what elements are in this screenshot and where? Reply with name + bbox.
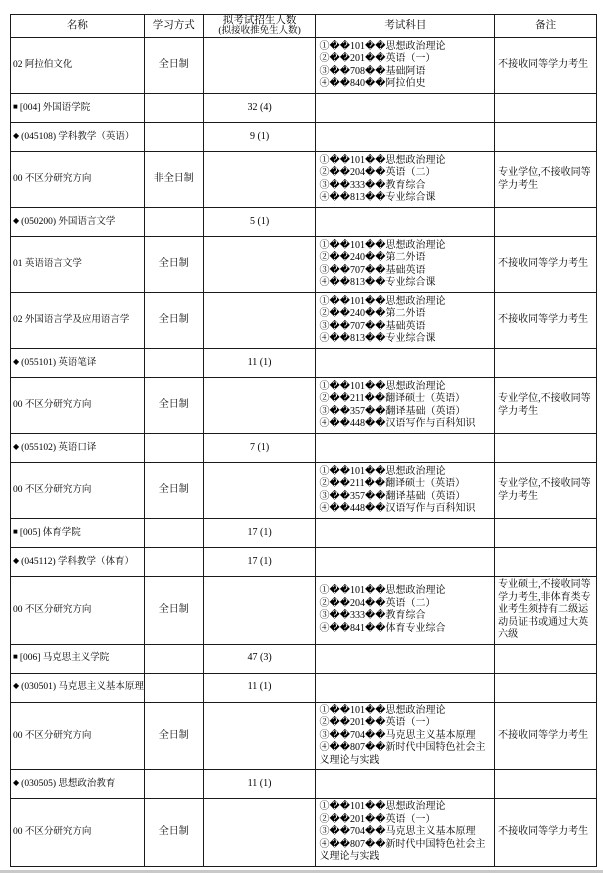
subject-line: ③��333��教育综合: [319, 610, 425, 623]
table-row: 00 不区分研究方向 非全日制 ①��101��思想政治理论②��204��英语…: [11, 152, 597, 208]
cell-subjects: [316, 123, 495, 152]
row-name-text: 00 不区分研究方向: [13, 174, 91, 184]
cell-subjects: ①��101��思想政治理论②��240��第二外语③��707��基础英语④�…: [316, 237, 495, 293]
subject-line: ①��101��思想政治理论: [319, 801, 445, 814]
cell-name: 01 英语语言文学: [11, 237, 145, 293]
table-row: ■[006] 马克思主义学院 47 (3): [11, 645, 597, 674]
subject-line: ④��813��专业综合课: [319, 192, 435, 205]
col-header-quota: 拟考试招生人数 (拟接收推免生人数): [204, 15, 317, 38]
cell-subjects: [316, 349, 495, 378]
cell-subjects: [316, 645, 495, 674]
cell-quota: 5 (1): [204, 208, 317, 237]
cell-quota: [204, 293, 317, 349]
cell-study-mode: 全日制: [145, 577, 204, 645]
cell-quota: 11 (1): [204, 770, 317, 799]
cell-note: [495, 349, 597, 378]
cell-name: ◆(055102) 英语口译: [11, 434, 145, 463]
cell-note: 专业学位,不接收同等学力考生: [495, 378, 597, 434]
cell-study-mode: [145, 349, 204, 378]
cell-subjects: [316, 674, 495, 703]
cell-study-mode: [145, 674, 204, 703]
cell-note: [495, 94, 597, 123]
row-name-text: 02 外国语言学及应用语言学: [13, 315, 129, 325]
table-row: 00 不区分研究方向 全日制 ①��101��思想政治理论②��211��翻译硕…: [11, 378, 597, 434]
cell-name: 00 不区分研究方向: [11, 152, 145, 208]
subject-line: ①��101��思想政治理论: [319, 381, 445, 394]
program-marker-icon: ◆: [13, 442, 19, 451]
row-name-text: (030501) 马克思主义基本原理: [21, 682, 144, 692]
cell-name: 00 不区分研究方向: [11, 378, 145, 434]
cell-quota: 11 (1): [204, 674, 317, 703]
subject-line: ②��204��英语（二）: [319, 167, 435, 180]
cell-subjects: ①��101��思想政治理论②��240��第二外语③��707��基础英语④�…: [316, 293, 495, 349]
col-header-name: 名称: [11, 15, 145, 38]
col-header-study-mode-label: 学习方式: [153, 20, 195, 32]
admissions-table-page: { "colors": { "border": "#1a1a1a", "text…: [0, 0, 603, 873]
table-row: 02 外国语言学及应用语言学 全日制 ①��101��思想政治理论②��240�…: [11, 293, 597, 349]
subject-line: ③��357��翻译基础（英语）: [319, 406, 465, 419]
col-header-subjects: 考试科目: [316, 15, 495, 38]
table-row: 01 英语语言文学 全日制 ①��101��思想政治理论②��240��第二外语…: [11, 237, 597, 293]
table-row: 00 不区分研究方向 全日制 ①��101��思想政治理论②��201��英语（…: [11, 703, 597, 771]
cell-subjects: ①��101��思想政治理论②��211��翻译硕士（英语）③��357��翻译…: [316, 378, 495, 434]
cell-note: 专业硕士,不接收同等学力考生,非体育类专业考生须持有二级运动员证书或通过大英六级: [495, 577, 597, 645]
cell-note: [495, 434, 597, 463]
cell-subjects: ①��101��思想政治理论②��201��英语（一）③��704��马克思主义…: [316, 703, 495, 771]
cell-study-mode: 全日制: [145, 378, 204, 434]
table-row: ◆(055101) 英语笔译 11 (1): [11, 349, 597, 378]
row-name-text: (045112) 学科教学（体育）: [21, 557, 134, 567]
cell-name: 00 不区分研究方向: [11, 703, 145, 771]
cell-study-mode: 全日制: [145, 38, 204, 94]
cell-name: 00 不区分研究方向: [11, 577, 145, 645]
table-row: ◆(030501) 马克思主义基本原理 11 (1): [11, 674, 597, 703]
subject-line: ④��841��体育专业综合: [319, 623, 445, 636]
cell-note: 不接收同等学力考生: [495, 38, 597, 94]
cell-study-mode: 全日制: [145, 237, 204, 293]
cell-name: 02 外国语言学及应用语言学: [11, 293, 145, 349]
subject-line: ②��240��第二外语: [319, 252, 425, 265]
subject-line: ③��333��教育综合: [319, 180, 425, 193]
cell-note: 不接收同等学力考生: [495, 293, 597, 349]
cell-subjects: [316, 94, 495, 123]
row-name-text: 00 不区分研究方向: [13, 827, 91, 837]
subject-line: ①��101��思想政治理论: [319, 296, 445, 309]
col-header-note-label: 备注: [535, 20, 556, 32]
admissions-table: 名称 学习方式 拟考试招生人数 (拟接收推免生人数) 考试科目 备注 02 阿拉…: [10, 14, 597, 867]
cell-note: 不接收同等学力考生: [495, 799, 597, 867]
subject-line: ④��813��专业综合课: [319, 277, 435, 290]
cell-subjects: [316, 434, 495, 463]
col-header-note: 备注: [495, 15, 597, 38]
cell-name: 02 阿拉伯文化: [11, 38, 145, 94]
col-header-quota-line1: 拟考试招生人数: [223, 15, 297, 26]
cell-note: [495, 519, 597, 548]
cell-quota: [204, 237, 317, 293]
col-header-study-mode: 学习方式: [145, 15, 204, 38]
row-name-text: 00 不区分研究方向: [13, 731, 91, 741]
cell-name: 00 不区分研究方向: [11, 799, 145, 867]
cell-quota: [204, 152, 317, 208]
cell-subjects: [316, 519, 495, 548]
cell-note: [495, 674, 597, 703]
subject-line: ③��707��基础英语: [319, 321, 425, 334]
cell-name: ◆(045108) 学科教学（英语）: [11, 123, 145, 152]
row-name-text: [006] 马克思主义学院: [20, 653, 109, 663]
cell-quota: 47 (3): [204, 645, 317, 674]
subject-line: ①��101��思想政治理论: [319, 466, 445, 479]
table-row: ◆(030505) 思想政治教育 11 (1): [11, 770, 597, 799]
cell-subjects: ①��101��思想政治理论②��201��英语（一）③��704��马克思主义…: [316, 799, 495, 867]
cell-quota: 17 (1): [204, 548, 317, 577]
row-name-text: 01 英语语言文学: [13, 259, 82, 269]
subject-line: ④��807��新时代中国特色社会主义理论与实践: [319, 839, 492, 864]
subject-line: ①��101��思想政治理论: [319, 155, 445, 168]
table-row: ■[005] 体育学院 17 (1): [11, 519, 597, 548]
cell-study-mode: [145, 208, 204, 237]
program-marker-icon: ◆: [13, 681, 19, 690]
subject-line: ③��708��基础阿语: [319, 66, 425, 79]
cell-name: ◆(030501) 马克思主义基本原理: [11, 674, 145, 703]
cell-quota: [204, 799, 317, 867]
cell-name: ◆(045112) 学科教学（体育）: [11, 548, 145, 577]
cell-subjects: [316, 770, 495, 799]
row-name-text: 00 不区分研究方向: [13, 605, 91, 615]
subject-line: ③��707��基础英语: [319, 265, 425, 278]
program-marker-icon: ◆: [13, 216, 19, 225]
subject-line: ②��211��翻译硕士（英语）: [319, 478, 465, 491]
table-body: 02 阿拉伯文化 全日制 ①��101��思想政治理论②��201��英语（一）…: [11, 38, 597, 867]
subject-line: ④��448��汉语写作与百科知识: [319, 503, 475, 516]
subject-line: ④��807��新时代中国特色社会主义理论与实践: [319, 742, 492, 767]
program-marker-icon: ◆: [13, 357, 19, 366]
cell-note: 专业学位,不接收同等学力考生: [495, 152, 597, 208]
cell-study-mode: 全日制: [145, 703, 204, 771]
col-header-quota-line2: (拟接收推免生人数): [218, 26, 300, 38]
subject-line: ②��204��英语（二）: [319, 598, 435, 611]
cell-quota: [204, 38, 317, 94]
table-row: ■[004] 外国语学院 32 (4): [11, 94, 597, 123]
cell-subjects: [316, 208, 495, 237]
program-marker-icon: ◆: [13, 556, 19, 565]
table-header-row: 名称 学习方式 拟考试招生人数 (拟接收推免生人数) 考试科目 备注: [11, 15, 597, 38]
program-marker-icon: ◆: [13, 778, 19, 787]
row-name-text: 02 阿拉伯文化: [13, 60, 72, 70]
cell-study-mode: 全日制: [145, 293, 204, 349]
cell-note: 不接收同等学力考生: [495, 703, 597, 771]
subject-line: ②��201��英语（一）: [319, 53, 435, 66]
cell-name: ■[005] 体育学院: [11, 519, 145, 548]
cell-subjects: ①��101��思想政治理论②��201��英语（一）③��708��基础阿语④…: [316, 38, 495, 94]
cell-note: [495, 208, 597, 237]
row-name-text: 00 不区分研究方向: [13, 400, 91, 410]
cell-quota: [204, 378, 317, 434]
table-row: 00 不区分研究方向 全日制 ①��101��思想政治理论②��211��翻译硕…: [11, 463, 597, 519]
college-marker-icon: ■: [13, 652, 18, 661]
program-marker-icon: ◆: [13, 131, 19, 140]
table-row: ◆(045108) 学科教学（英语） 9 (1): [11, 123, 597, 152]
row-name-text: 00 不区分研究方向: [13, 485, 91, 495]
subject-line: ①��101��思想政治理论: [319, 585, 445, 598]
subject-line: ①��101��思想政治理论: [319, 705, 445, 718]
cell-note: [495, 548, 597, 577]
cell-quota: 17 (1): [204, 519, 317, 548]
cell-quota: 11 (1): [204, 349, 317, 378]
cell-quota: [204, 577, 317, 645]
subject-line: ②��201��英语（一）: [319, 814, 435, 827]
subject-line: ③��704��马克思主义基本原理: [319, 826, 475, 839]
table-row: 00 不区分研究方向 全日制 ①��101��思想政治理论②��204��英语（…: [11, 577, 597, 645]
cell-note: 专业学位,不接收同等学力考生: [495, 463, 597, 519]
cell-study-mode: 全日制: [145, 799, 204, 867]
cell-study-mode: 全日制: [145, 463, 204, 519]
subject-line: ①��101��思想政治理论: [319, 41, 445, 54]
cell-study-mode: [145, 94, 204, 123]
row-name-text: [005] 体育学院: [20, 528, 81, 538]
cell-note: [495, 123, 597, 152]
row-name-text: (045108) 学科教学（英语）: [21, 132, 134, 142]
subject-line: ④��813��专业综合课: [319, 333, 435, 346]
cell-name: ■[006] 马克思主义学院: [11, 645, 145, 674]
cell-subjects: ①��101��思想政治理论②��211��翻译硕士（英语）③��357��翻译…: [316, 463, 495, 519]
cell-note: 不接收同等学力考生: [495, 237, 597, 293]
cell-quota: [204, 703, 317, 771]
table-row: 00 不区分研究方向 全日制 ①��101��思想政治理论②��201��英语（…: [11, 799, 597, 867]
row-name-text: (030505) 思想政治教育: [21, 779, 115, 789]
college-marker-icon: ■: [13, 527, 18, 536]
subject-line: ④��448��汉语写作与百科知识: [319, 418, 475, 431]
cell-quota: 32 (4): [204, 94, 317, 123]
table-row: 02 阿拉伯文化 全日制 ①��101��思想政治理论②��201��英语（一）…: [11, 38, 597, 94]
subject-line: ④��840��阿拉伯史: [319, 78, 425, 91]
cell-note: [495, 645, 597, 674]
cell-study-mode: [145, 519, 204, 548]
row-name-text: (055102) 英语口译: [21, 443, 96, 453]
cell-subjects: ①��101��思想政治理论②��204��英语（二）③��333��教育综合④…: [316, 577, 495, 645]
row-name-text: [004] 外国语学院: [20, 103, 90, 113]
subject-line: ②��240��第二外语: [319, 308, 425, 321]
cell-quota: 7 (1): [204, 434, 317, 463]
cell-study-mode: [145, 770, 204, 799]
row-name-text: (050200) 外国语言文学: [21, 217, 115, 227]
subject-line: ③��357��翻译基础（英语）: [319, 491, 465, 504]
cell-name: 00 不区分研究方向: [11, 463, 145, 519]
row-name-text: (055101) 英语笔译: [21, 358, 96, 368]
table-row: ◆(055102) 英语口译 7 (1): [11, 434, 597, 463]
table-row: ◆(050200) 外国语言文学 5 (1): [11, 208, 597, 237]
subject-line: ②��201��英语（一）: [319, 717, 435, 730]
cell-quota: [204, 463, 317, 519]
col-header-name-label: 名称: [67, 20, 88, 32]
cell-study-mode: [145, 434, 204, 463]
col-header-subjects-label: 考试科目: [384, 20, 426, 32]
college-marker-icon: ■: [13, 102, 18, 111]
subject-line: ③��704��马克思主义基本原理: [319, 730, 475, 743]
cell-study-mode: [145, 123, 204, 152]
cell-note: [495, 770, 597, 799]
cell-name: ◆(050200) 外国语言文学: [11, 208, 145, 237]
cell-subjects: [316, 548, 495, 577]
cell-study-mode: [145, 548, 204, 577]
subject-line: ②��211��翻译硕士（英语）: [319, 393, 465, 406]
cell-subjects: ①��101��思想政治理论②��204��英语（二）③��333��教育综合④…: [316, 152, 495, 208]
cell-study-mode: [145, 645, 204, 674]
table-row: ◆(045112) 学科教学（体育） 17 (1): [11, 548, 597, 577]
cell-name: ◆(030505) 思想政治教育: [11, 770, 145, 799]
cell-name: ◆(055101) 英语笔译: [11, 349, 145, 378]
subject-line: ①��101��思想政治理论: [319, 240, 445, 253]
cell-quota: 9 (1): [204, 123, 317, 152]
cell-name: ■[004] 外国语学院: [11, 94, 145, 123]
cell-study-mode: 非全日制: [145, 152, 204, 208]
